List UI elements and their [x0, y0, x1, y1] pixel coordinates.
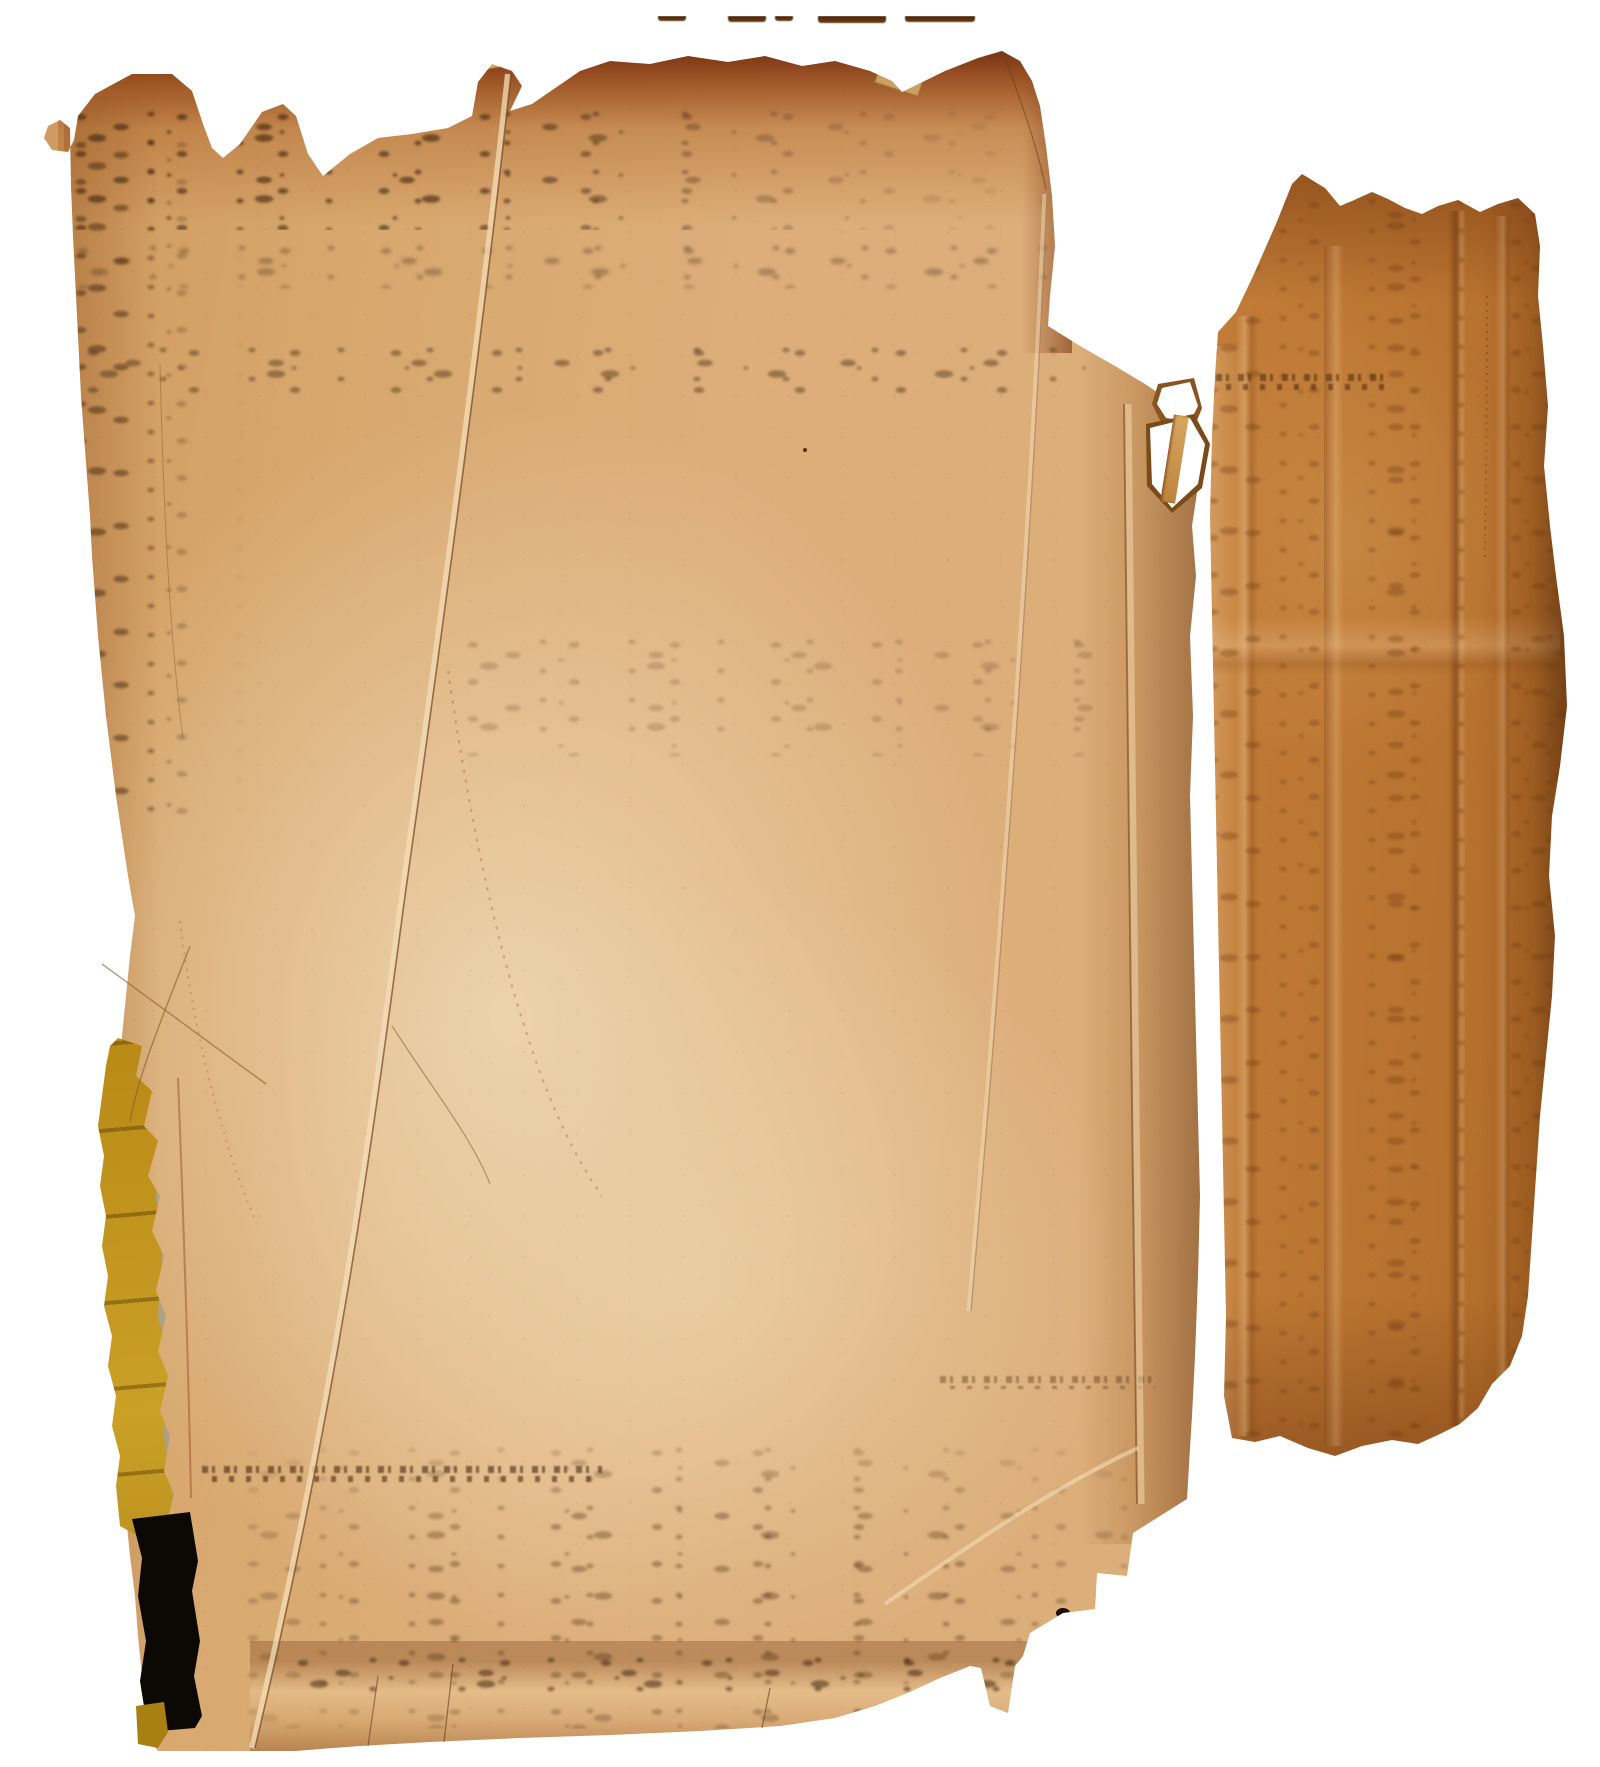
- paper-sliver: [905, 16, 975, 22]
- paper-sliver: [775, 16, 793, 21]
- tear-gap-speck: [1120, 1576, 1130, 1584]
- paper-sliver: [728, 16, 766, 22]
- paper-sliver: [658, 16, 686, 21]
- scanned-paper-collage: Flatbed scan of a torn piece of aged bro…: [40, 16, 1600, 1751]
- paper-sliver: [818, 16, 886, 23]
- paper-fragment: [351, 60, 453, 94]
- image-caption: Flatbed scan of a torn piece of aged bro…: [40, 16, 41, 17]
